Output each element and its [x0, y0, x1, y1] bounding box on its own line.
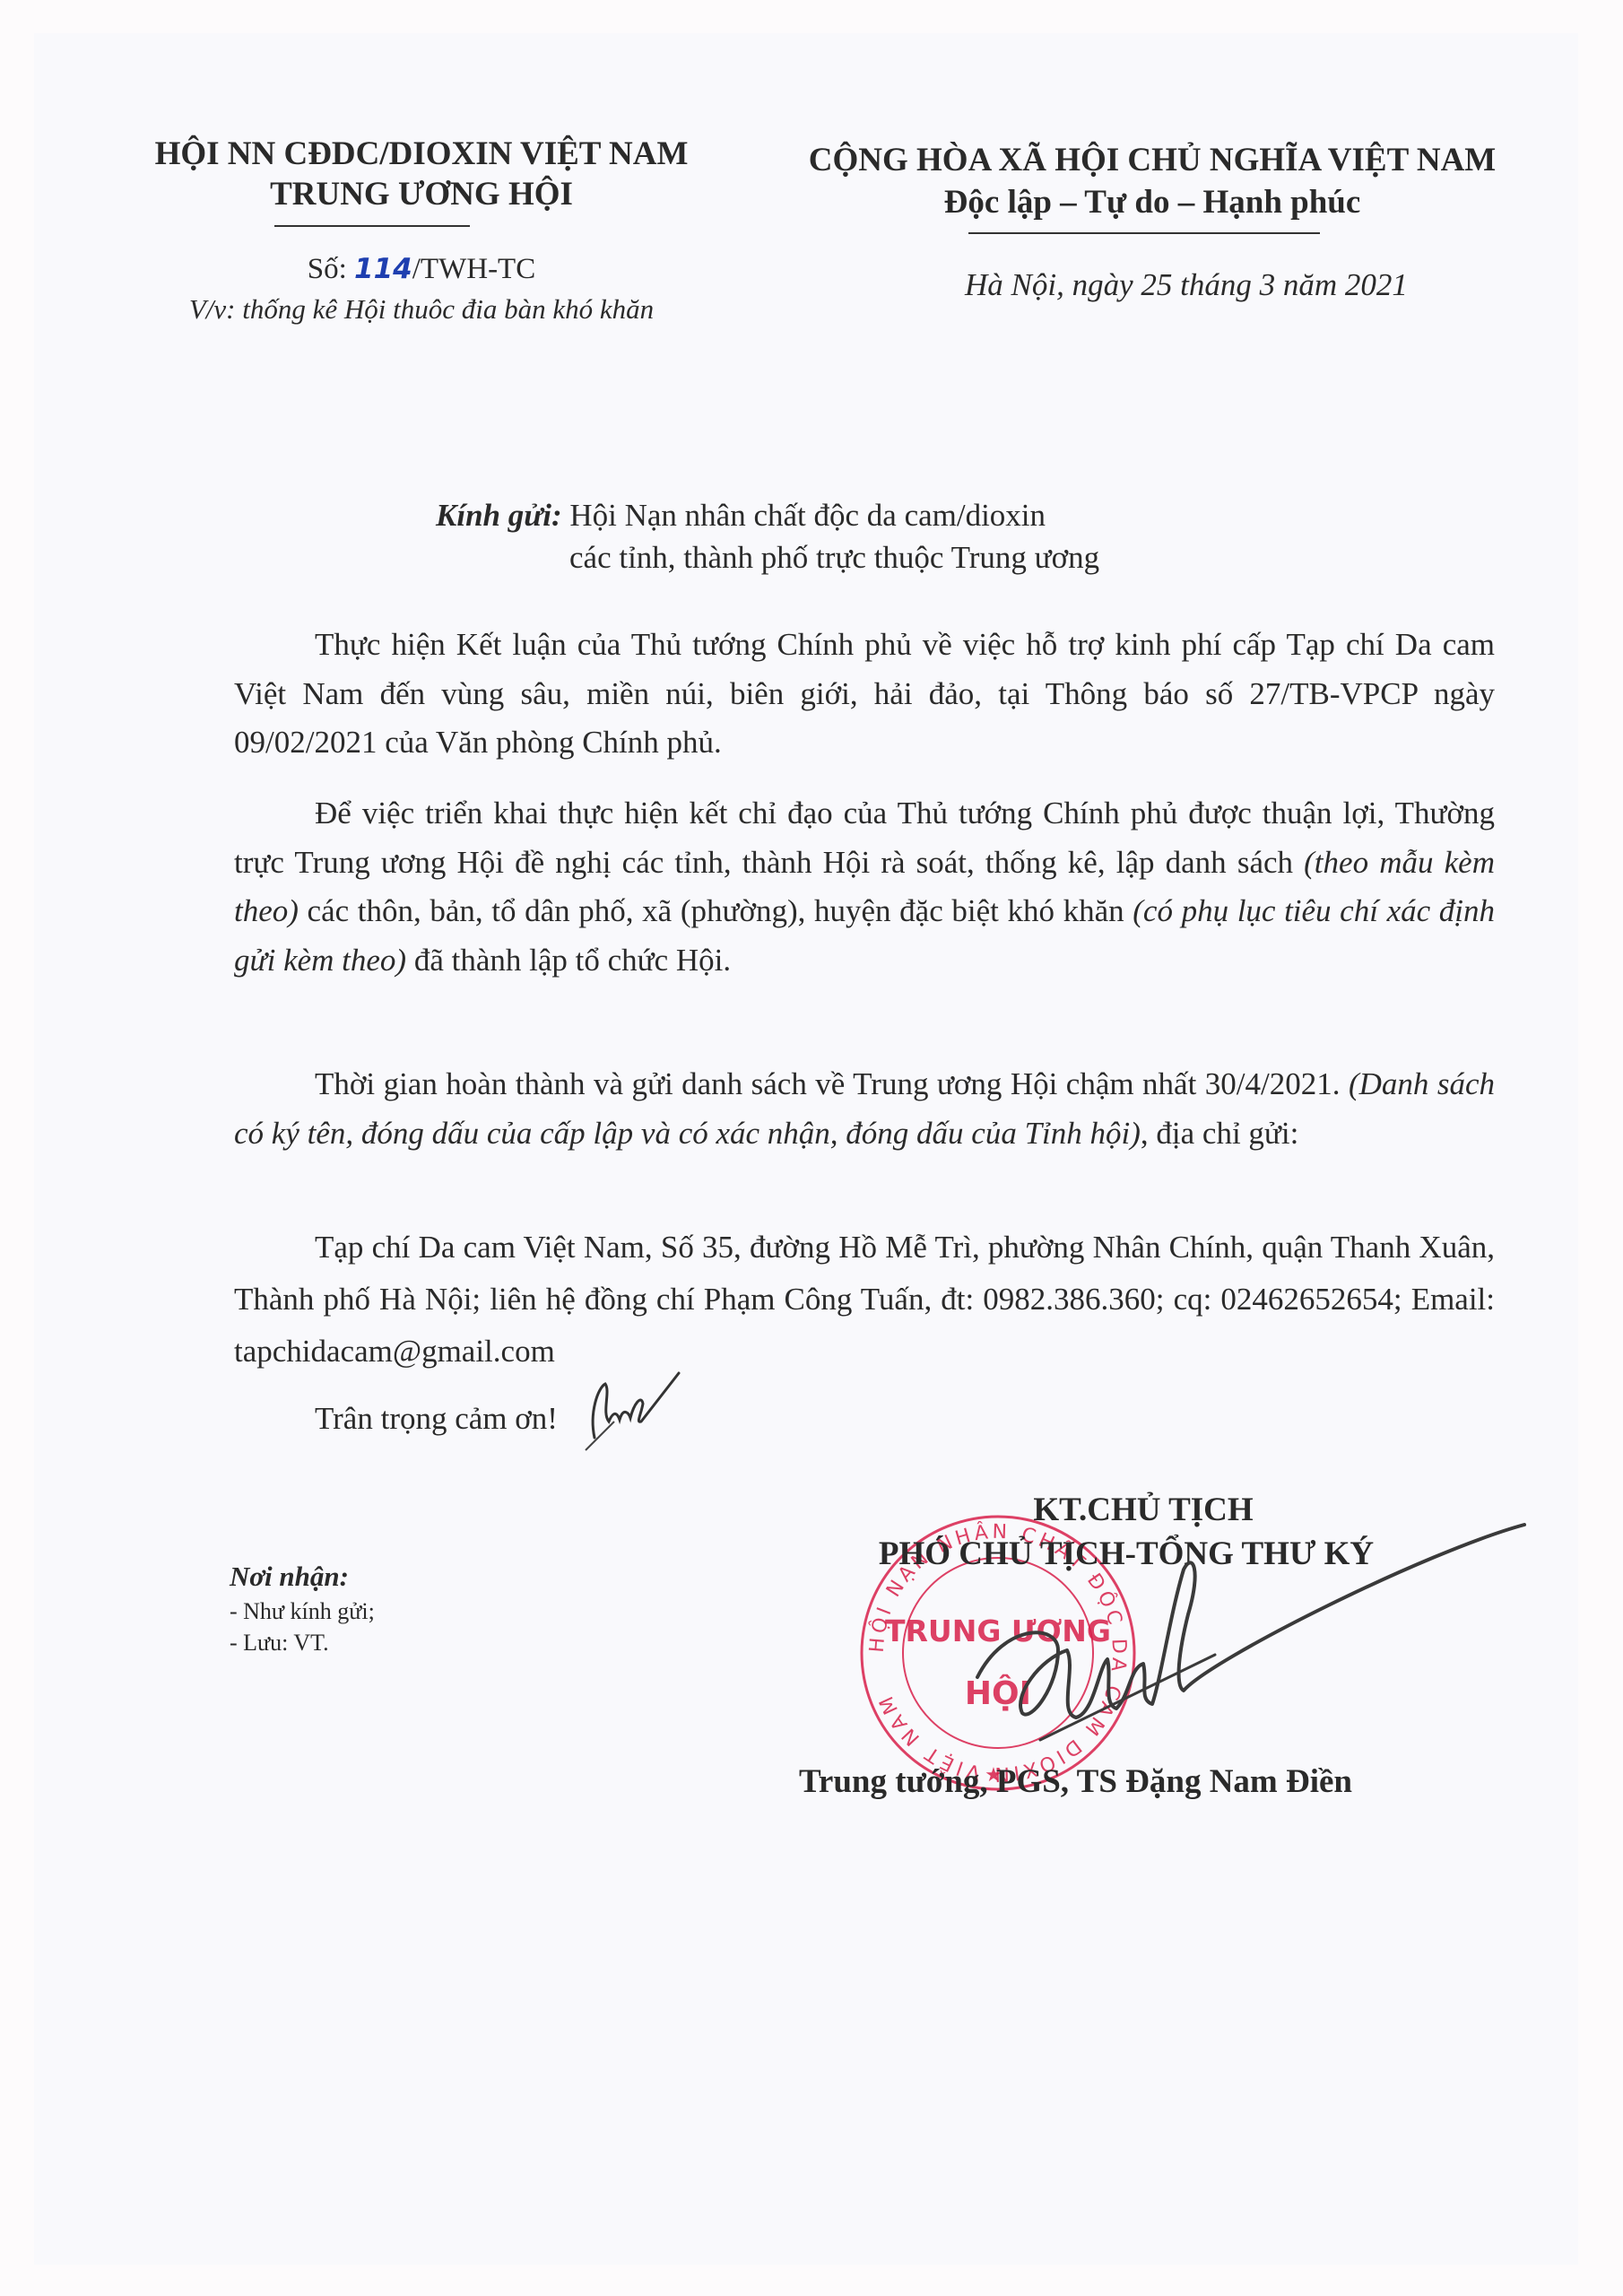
recipient-label: Kính gửi:: [436, 498, 562, 533]
paragraph-4-address: Tạp chí Da cam Việt Nam, Số 35, đường Hồ…: [234, 1222, 1495, 1378]
handwritten-signature-icon: [924, 1516, 1551, 1776]
paragraph-3-text-a: Thời gian hoàn thành và gửi danh sách về…: [315, 1066, 1349, 1101]
paragraph-3: Thời gian hoàn thành và gửi danh sách về…: [234, 1060, 1495, 1158]
nation-title: CỘNG HÒA XÃ HỘI CHỦ NGHĨA VIỆT NAM: [809, 141, 1496, 179]
national-motto: Độc lập – Tự do – Hạnh phúc: [944, 183, 1361, 222]
recipients-title: Nơi nhận:: [230, 1561, 349, 1593]
place-date: Hà Nội, ngày 25 tháng 3 năm 2021: [965, 267, 1408, 303]
document-number: Số: 114/TWH-TC: [308, 253, 535, 286]
paragraph-2-text-b: các thôn, bản, tổ dân phố, xã (phường), …: [299, 893, 1133, 928]
org-name-line1: HỘI NN CĐDC/DIOXIN VIỆT NAM: [155, 135, 689, 173]
number-suffix: /TWH-TC: [412, 253, 535, 285]
recipient-line1: Kính gửi: Hội Nạn nhân chất độc da cam/d…: [436, 491, 1046, 540]
paragraph-2-text-c: đã thành lập tổ chức Hội.: [406, 943, 731, 978]
number-prefix: Số:: [308, 253, 354, 285]
closing-line: Trân trọng cảm ơn!: [315, 1395, 558, 1443]
recipient-item: - Như kính gửi;: [230, 1598, 375, 1625]
recipient-item: - Lưu: VT.: [230, 1630, 329, 1657]
address-text: Tạp chí Da cam Việt Nam, Số 35, đường Hồ…: [234, 1230, 1495, 1369]
paragraph-3-text-b: , địa chỉ gửi:: [1141, 1116, 1298, 1151]
paragraph-1-text: Thực hiện Kết luận của Thủ tướng Chính p…: [234, 627, 1495, 760]
paragraph-2: Để việc triển khai thực hiện kết chỉ đạo…: [234, 789, 1495, 985]
signer-name: Trung tướng, PGS, TS Đặng Nam Điền: [799, 1762, 1352, 1801]
initials-signature-icon: [578, 1368, 686, 1453]
recipient-line2: các tỉnh, thành phố trực thuộc Trung ươn…: [569, 534, 1099, 582]
org-name-line2: TRUNG ƯƠNG HỘI: [270, 175, 573, 213]
org-underline: [274, 225, 470, 227]
motto-underline: [968, 232, 1320, 234]
recipient-name: Hội Nạn nhân chất độc da cam/dioxin: [562, 498, 1046, 533]
number-handwritten: 114: [354, 253, 412, 285]
subject-line: V/v: thống kê Hội thuôc đia bàn khó khăn: [189, 293, 654, 326]
paragraph-1: Thực hiện Kết luận của Thủ tướng Chính p…: [234, 621, 1495, 768]
